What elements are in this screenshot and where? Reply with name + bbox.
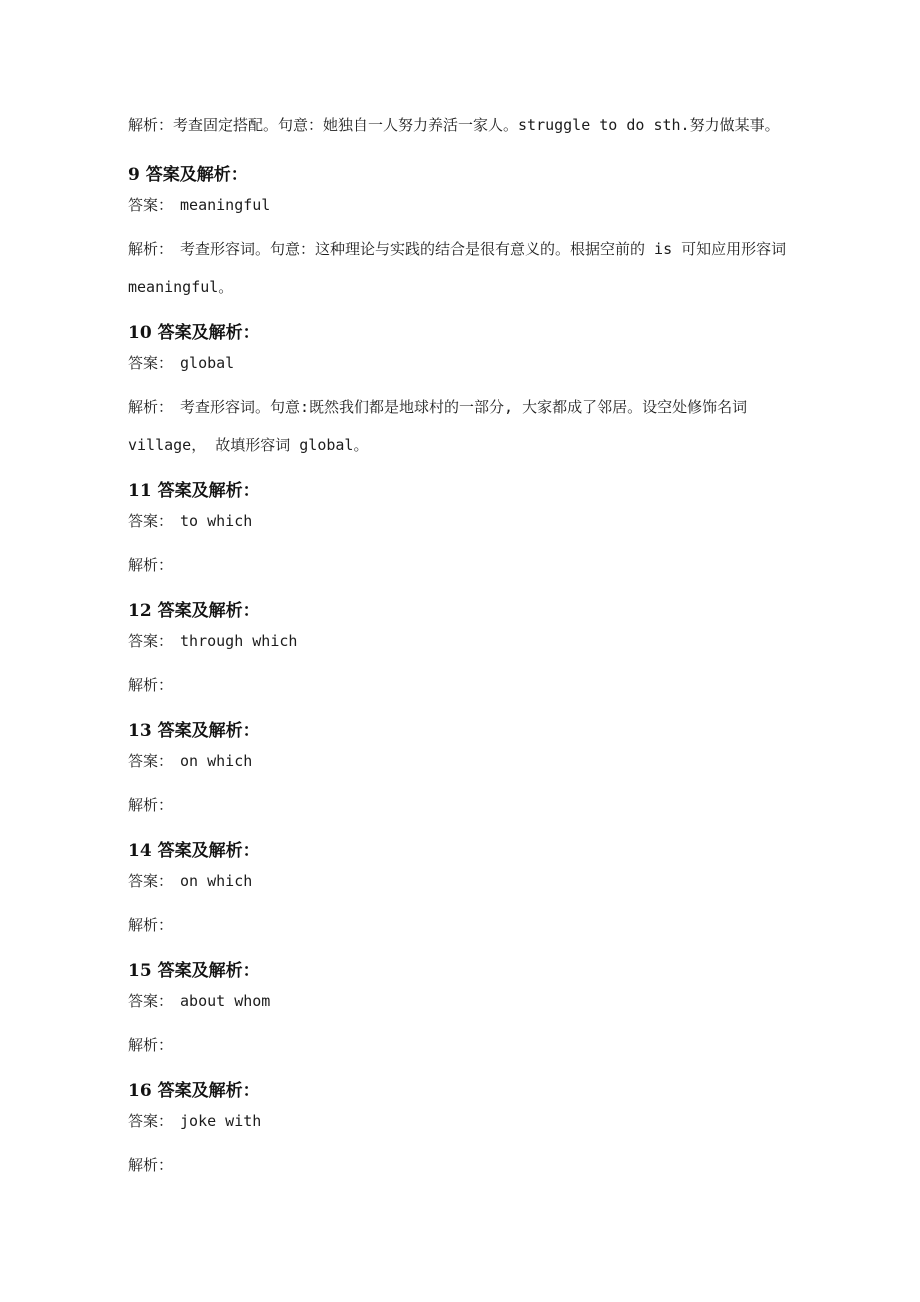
- analysis-value: 考查形容词。句意：这种理论与实践的结合是很有意义的。根据空前的 is 可知应用形…: [128, 240, 786, 296]
- analysis-label: 解析：: [128, 398, 173, 416]
- analysis-line: 解析：: [128, 666, 792, 704]
- section-q9: 9 答案及解析： 答案：meaningful 解析：考查形容词。句意：这种理论与…: [128, 160, 792, 306]
- analysis-label: 解析：: [128, 240, 173, 258]
- answer-label: 答案：: [128, 512, 173, 530]
- section-q15: 15 答案及解析： 答案：about whom 解析：: [128, 956, 792, 1064]
- answer-value: on which: [180, 872, 252, 890]
- analysis-label: 解析：: [128, 1156, 173, 1174]
- analysis-value: 考查形容词。句意:既然我们都是地球村的一部分, 大家都成了邻居。设空处修饰名词 …: [128, 398, 747, 454]
- answer-line: 答案：through which: [128, 626, 792, 656]
- analysis-line: 解析：: [128, 906, 792, 944]
- answer-value: to which: [180, 512, 252, 530]
- analysis-line: 解析：: [128, 1026, 792, 1064]
- answer-value: global: [180, 354, 234, 372]
- analysis-line: 解析：: [128, 1146, 792, 1184]
- answer-line: 答案：about whom: [128, 986, 792, 1016]
- answer-value: meaningful: [180, 196, 270, 214]
- answer-label: 答案：: [128, 354, 173, 372]
- document-page: 解析：考查固定搭配。句意：她独自一人努力养活一家人。struggle to do…: [0, 0, 920, 1302]
- section-heading: 16 答案及解析：: [128, 1076, 792, 1106]
- section-heading: 15 答案及解析：: [128, 956, 792, 986]
- answer-label: 答案：: [128, 752, 173, 770]
- analysis-line: 解析：: [128, 546, 792, 584]
- section-heading: 14 答案及解析：: [128, 836, 792, 866]
- section-heading: 9 答案及解析：: [128, 160, 792, 190]
- section-heading: 10 答案及解析：: [128, 318, 792, 348]
- answer-label: 答案：: [128, 196, 173, 214]
- analysis-line: 解析：考查形容词。句意：这种理论与实践的结合是很有意义的。根据空前的 is 可知…: [128, 230, 792, 306]
- section-heading: 13 答案及解析：: [128, 716, 792, 746]
- answer-value: about whom: [180, 992, 270, 1010]
- answer-value: on which: [180, 752, 252, 770]
- section-heading: 11 答案及解析：: [128, 476, 792, 506]
- analysis-label: 解析：: [128, 556, 173, 574]
- section-q13: 13 答案及解析： 答案：on which 解析：: [128, 716, 792, 824]
- analysis-label: 解析：: [128, 916, 173, 934]
- answer-label: 答案：: [128, 632, 173, 650]
- answer-line: 答案：to which: [128, 506, 792, 536]
- section-q12: 12 答案及解析： 答案：through which 解析：: [128, 596, 792, 704]
- section-q11: 11 答案及解析： 答案：to which 解析：: [128, 476, 792, 584]
- answer-line: 答案：on which: [128, 866, 792, 896]
- section-heading: 12 答案及解析：: [128, 596, 792, 626]
- analysis-label: 解析：: [128, 796, 173, 814]
- analysis-label: 解析：: [128, 1036, 173, 1054]
- section-q16: 16 答案及解析： 答案：joke with 解析：: [128, 1076, 792, 1184]
- analysis-line: 解析：考查形容词。句意:既然我们都是地球村的一部分, 大家都成了邻居。设空处修饰…: [128, 388, 792, 464]
- intro-analysis-line: 解析：考查固定搭配。句意：她独自一人努力养活一家人。struggle to do…: [128, 108, 792, 142]
- answer-label: 答案：: [128, 992, 173, 1010]
- answer-line: 答案：global: [128, 348, 792, 378]
- analysis-label: 解析：: [128, 676, 173, 694]
- answer-line: 答案：meaningful: [128, 190, 792, 220]
- answer-line: 答案：joke with: [128, 1106, 792, 1136]
- answer-value: through which: [180, 632, 297, 650]
- document-content: 解析：考查固定搭配。句意：她独自一人努力养活一家人。struggle to do…: [0, 0, 920, 1184]
- answer-value: joke with: [180, 1112, 261, 1130]
- analysis-line: 解析：: [128, 786, 792, 824]
- section-q14: 14 答案及解析： 答案：on which 解析：: [128, 836, 792, 944]
- answer-line: 答案：on which: [128, 746, 792, 776]
- section-q10: 10 答案及解析： 答案：global 解析：考查形容词。句意:既然我们都是地球…: [128, 318, 792, 464]
- answer-label: 答案：: [128, 1112, 173, 1130]
- answer-label: 答案：: [128, 872, 173, 890]
